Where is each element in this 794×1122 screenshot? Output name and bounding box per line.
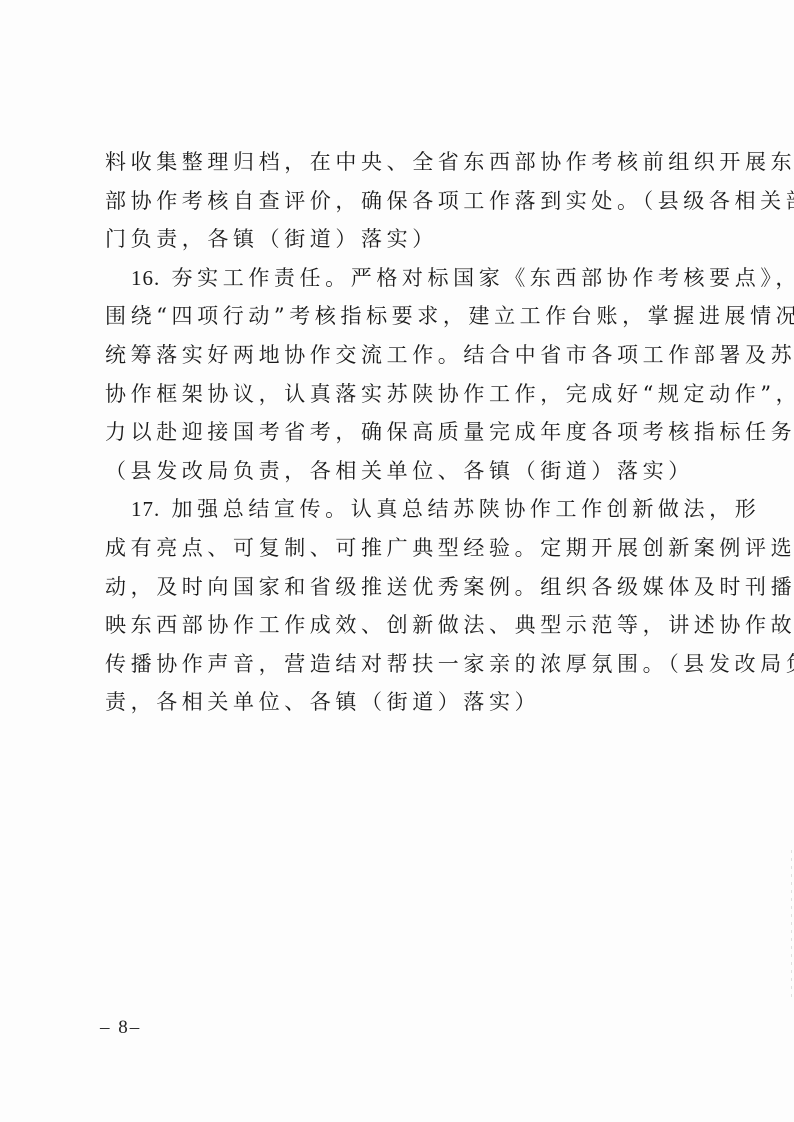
paragraph-continuation: 料收集整理归档，在中央、全省东西部协作考核前组织开展东西 部协作考核自查评价，确… — [105, 143, 695, 259]
paragraph-item-16: 16. 夯实工作责任。严格对标国家《东西部协作考核要点》， 围绕“四项行动”考核… — [105, 259, 695, 491]
item-text: 认真总结苏陕协作工作创新做法，形 — [351, 497, 761, 521]
text-line: 力以赴迎接国考省考，确保高质量完成年度各项考核指标任务。 — [105, 413, 695, 452]
text-line: 围绕“四项行动”考核指标要求，建立工作台账，掌握进展情况， — [105, 297, 695, 336]
text-line: 部协作考核自查评价，确保各项工作落到实处。（县级各相关部 — [105, 182, 695, 221]
document-page: 料收集整理归档，在中央、全省东西部协作考核前组织开展东西 部协作考核自查评价，确… — [0, 0, 794, 1122]
text-line: 门负责，各镇（街道）落实） — [105, 220, 695, 259]
item-text: 严格对标国家《东西部协作考核要点》， — [351, 266, 794, 290]
text-line: 责，各相关单位、各镇（街道）落实） — [105, 683, 695, 722]
item-heading: 夯实工作责任。 — [172, 266, 351, 290]
text-line: 协作框架协议，认真落实苏陕协作工作，完成好“规定动作”，全 — [105, 375, 695, 414]
item-heading: 加强总结宣传。 — [172, 497, 351, 521]
text-line: 成有亮点、可复制、可推广典型经验。定期开展创新案例评选活 — [105, 529, 695, 568]
text-line: 料收集整理归档，在中央、全省东西部协作考核前组织开展东西 — [105, 143, 695, 182]
text-line: 16. 夯实工作责任。严格对标国家《东西部协作考核要点》， — [105, 259, 695, 298]
item-number: 17. — [131, 497, 160, 521]
text-line: 映东西部协作工作成效、创新做法、典型示范等，讲述协作故事、 — [105, 606, 695, 645]
text-line: （县发改局负责，各相关单位、各镇（街道）落实） — [105, 452, 695, 491]
paragraph-item-17: 17. 加强总结宣传。认真总结苏陕协作工作创新做法，形 成有亮点、可复制、可推广… — [105, 490, 695, 722]
text-line: 17. 加强总结宣传。认真总结苏陕协作工作创新做法，形 — [105, 490, 695, 529]
page-number: – 8– — [100, 1017, 141, 1039]
scan-artifact — [791, 850, 792, 1000]
document-body: 料收集整理归档，在中央、全省东西部协作考核前组织开展东西 部协作考核自查评价，确… — [105, 143, 695, 722]
item-number: 16. — [131, 266, 160, 290]
text-line: 动，及时向国家和省级推送优秀案例。组织各级媒体及时刊播反 — [105, 568, 695, 607]
text-line: 传播协作声音，营造结对帮扶一家亲的浓厚氛围。（县发改局负 — [105, 645, 695, 684]
text-line: 统筹落实好两地协作交流工作。结合中省市各项工作部署及苏陕 — [105, 336, 695, 375]
